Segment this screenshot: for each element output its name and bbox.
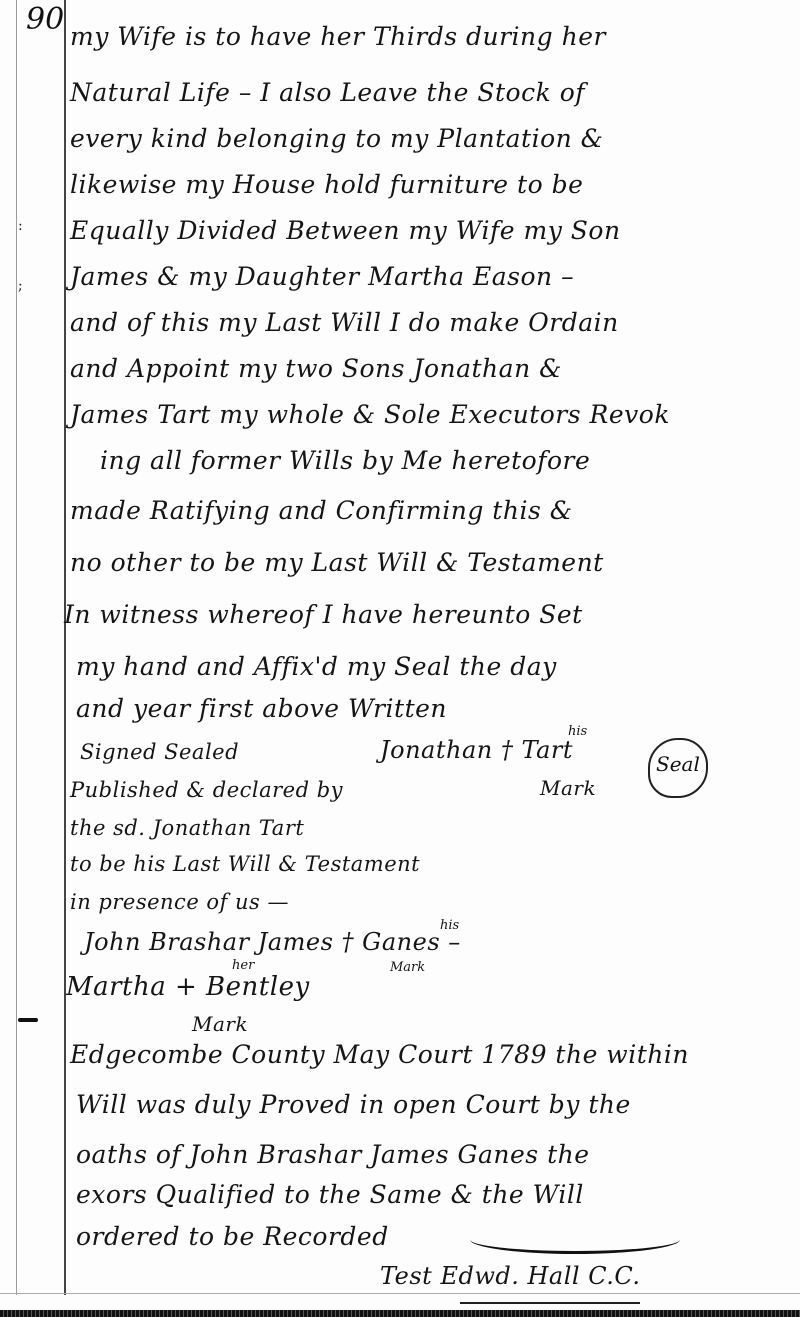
will-line: my Wife is to have her Thirds during her: [70, 22, 606, 51]
probate-line: exors Qualified to the Same & the Will: [76, 1180, 584, 1209]
margin-mark: :: [18, 218, 23, 234]
witness-line: John Brashar James † Ganes –: [84, 928, 461, 956]
clerk-signature: Test Edwd. Hall C.C.: [380, 1262, 640, 1290]
witness-her-label: her: [232, 958, 254, 973]
will-line: and year first above Written: [76, 694, 447, 723]
bottom-rule: [0, 1293, 800, 1294]
probate-line: Edgecombe County May Court 1789 the with…: [70, 1040, 689, 1069]
will-line: every kind belonging to my Plantation &: [70, 124, 603, 153]
will-line: James & my Daughter Martha Eason –: [70, 262, 574, 291]
attestation-line: Published & declared by: [70, 778, 343, 802]
outer-margin-line: [16, 0, 17, 1295]
will-line: no other to be my Last Will & Testament: [70, 548, 604, 577]
attestation-line: the sd. Jonathan Tart: [70, 816, 304, 840]
will-line: Natural Life – I also Leave the Stock of: [70, 78, 585, 107]
probate-line: ordered to be Recorded: [76, 1222, 389, 1251]
will-line: my hand and Affix'd my Seal the day: [76, 652, 557, 681]
will-line: and Appoint my two Sons Jonathan &: [70, 354, 562, 383]
will-line: made Ratifying and Confirming this &: [70, 496, 573, 525]
will-line: Equally Divided Between my Wife my Son: [70, 216, 621, 245]
signature-underline: [460, 1302, 640, 1304]
page-number: 90: [26, 2, 64, 37]
will-document-page: 90 : ; my Wife is to have her Thirds dur…: [0, 0, 800, 1317]
testator-signature: Jonathan † Tart: [380, 736, 573, 764]
attestation-line: Signed Sealed: [80, 740, 239, 764]
will-line: ing all former Wills by Me heretofore: [100, 446, 590, 475]
witness-mark-label: Mark: [192, 1012, 248, 1036]
will-line: James Tart my whole & Sole Executors Rev…: [70, 400, 670, 429]
seal-label: Seal: [656, 752, 700, 776]
probate-line: Will was duly Proved in open Court by th…: [76, 1090, 631, 1119]
attestation-line: to be his Last Will & Testament: [70, 852, 420, 876]
inner-margin-line: [64, 0, 66, 1295]
will-line: likewise my House hold furniture to be: [70, 170, 583, 199]
margin-dash-mark: [18, 1018, 38, 1022]
attestation-line: in presence of us —: [70, 890, 289, 914]
closing-flourish: [470, 1225, 680, 1254]
witness-line: Martha + Bentley: [66, 972, 310, 1002]
will-line: and of this my Last Will I do make Ordai…: [70, 308, 619, 337]
will-line: In witness whereof I have hereunto Set: [64, 600, 583, 629]
margin-mark: ;: [18, 278, 23, 294]
mark-label: Mark: [540, 776, 596, 800]
page-bottom-edge: [0, 1310, 800, 1317]
probate-line: oaths of John Brashar James Ganes the: [76, 1140, 590, 1169]
witness-mark-label: Mark: [390, 960, 425, 975]
